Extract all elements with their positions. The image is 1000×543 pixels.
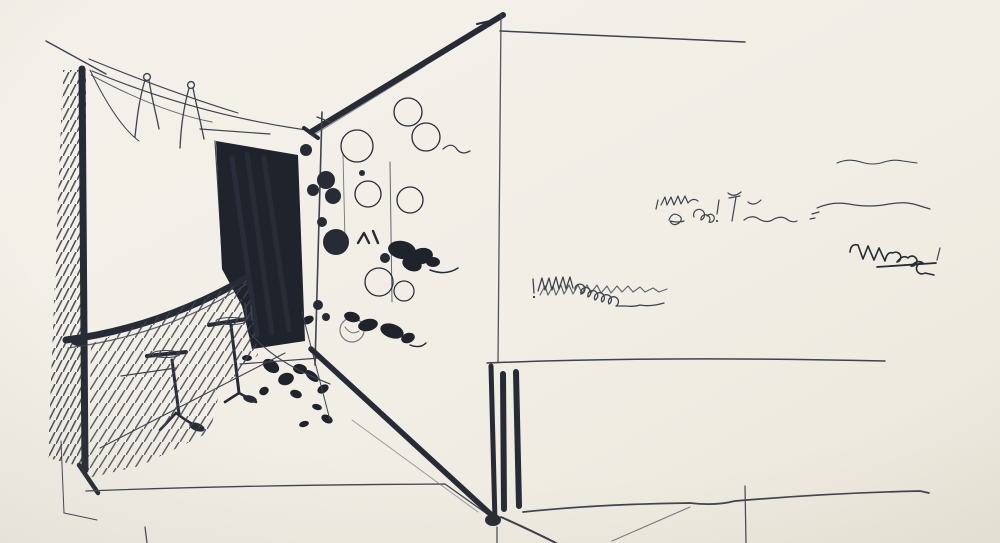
architectural-sketch (0, 0, 1000, 543)
paper-vignette (0, 0, 1000, 543)
sketch-page (0, 0, 1000, 543)
